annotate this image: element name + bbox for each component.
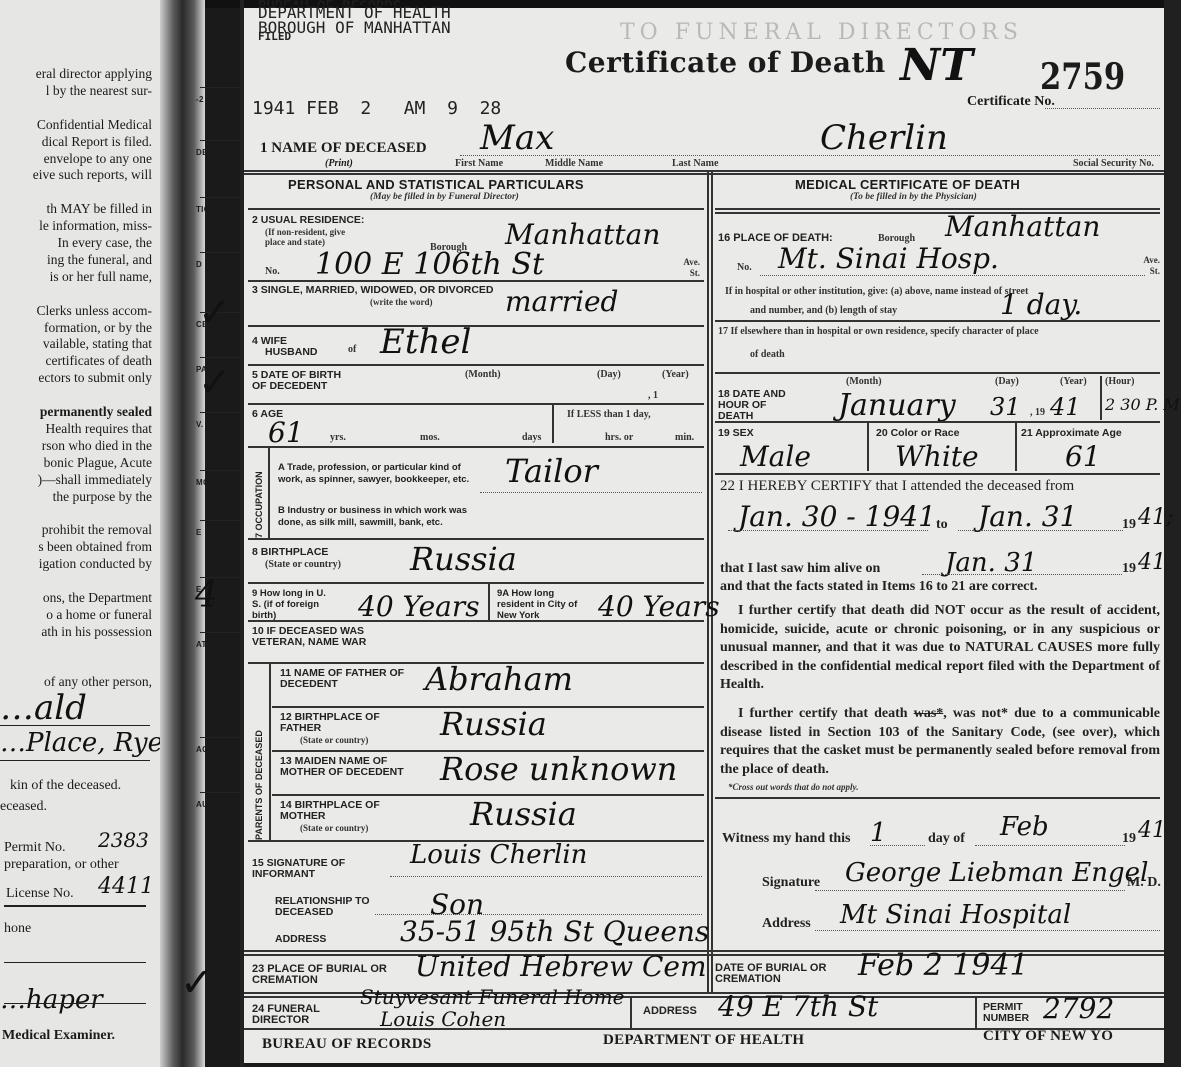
- burial-place-label: 23 PLACE OF BURIAL OR CREMATION: [252, 964, 402, 986]
- marital-label: 3 SINGLE, MARRIED, WIDOWED, OR DIVORCED: [252, 285, 502, 296]
- rule: [244, 170, 1164, 172]
- rule: [707, 954, 709, 992]
- left-page-line: In every case, the: [0, 235, 152, 252]
- left-page-line: eral director applying: [0, 66, 152, 83]
- scan-right-edge: [1164, 0, 1181, 1067]
- years-us-value: 40 Years: [358, 590, 480, 623]
- stub-rule: [200, 412, 240, 413]
- left-permit-value: 2383: [98, 828, 149, 852]
- left-page-line: th MAY be filled in: [0, 201, 152, 218]
- to-year-prefix: 19: [1122, 516, 1136, 535]
- witness-label: Witness my hand this: [722, 830, 851, 849]
- rule: [715, 320, 1160, 322]
- left-page-line: ons, the Department: [0, 590, 152, 607]
- elsewhere-label: 17 If elsewhere than in hospital or own …: [718, 326, 1039, 337]
- residence-label: 2 USUAL RESIDENCE:: [252, 215, 364, 226]
- left-page-line: l by the nearest sur-: [0, 83, 152, 100]
- dotted-line: [390, 876, 702, 877]
- occupation-a-value: Tailor: [505, 452, 598, 490]
- death-hour-header: (Hour): [1105, 376, 1134, 387]
- md-suffix: M. D.: [1127, 874, 1161, 893]
- left-page-line: formation, or by the: [0, 320, 152, 337]
- stub-label: AUTOP.: [196, 800, 227, 809]
- struck-was: was*: [914, 706, 944, 721]
- left-page: eral director applyingl by the nearest s…: [0, 0, 160, 1067]
- attended-to: Jan. 31: [978, 500, 1077, 533]
- left-page-line: eive such reports, will: [0, 167, 152, 184]
- rule: [630, 996, 632, 1028]
- left-page-line: ath in his possession: [0, 624, 152, 641]
- col-ssn: Social Security No.: [1073, 158, 1154, 169]
- medical-heading: MEDICAL CERTIFICATE OF DEATH: [795, 177, 1020, 192]
- para2-text-a: I further certify that death: [738, 706, 914, 721]
- permit-number-value: 2792: [1043, 992, 1114, 1025]
- marital-value: married: [505, 285, 618, 318]
- parents-side-label: PARENTS OF DECEASED: [254, 730, 265, 840]
- rule: [715, 372, 1160, 374]
- left-kin-text: kin of the deceased.: [10, 778, 121, 794]
- dotted-line: [922, 574, 1122, 575]
- checkmark-icon: ✓: [180, 960, 214, 1006]
- years-us-label: 9 How long in U. S. (if of foreign birth…: [252, 588, 337, 621]
- residence-address: 100 E 106th St: [315, 247, 544, 282]
- stub-rule: [200, 252, 240, 253]
- sex-label: 19 SEX: [718, 428, 754, 439]
- certificate-number: 2759: [1040, 56, 1125, 98]
- funeral-director-home: Stuyvesant Funeral Home: [360, 985, 625, 1009]
- spouse-of: of: [348, 344, 356, 355]
- rule: [1015, 421, 1017, 471]
- stub-label: DEATH: [196, 148, 224, 157]
- death-day-header: (Day): [995, 376, 1019, 387]
- left-underline: [4, 1003, 146, 1004]
- left-page-line: Health requires that: [0, 421, 152, 438]
- funeral-director-label: 24 FUNERAL DIRECTOR: [252, 1004, 362, 1026]
- birthplace-hint: (State or country): [265, 559, 341, 570]
- pod-borough-value: Manhattan: [945, 210, 1100, 243]
- physician-address-label: Address: [762, 915, 811, 934]
- physician-address: Mt Sinai Hospital: [840, 900, 1071, 930]
- dob-year-header: (Year): [662, 369, 689, 380]
- stub-rule: [200, 520, 240, 521]
- length-of-stay: 1 day.: [1000, 288, 1082, 321]
- stub-rule: [200, 357, 240, 358]
- years-nyc-value: 40 Years: [598, 590, 720, 623]
- left-license-label: License No.: [6, 886, 74, 902]
- col-middle-name: Middle Name: [545, 158, 603, 169]
- left-page-line: o a home or funeral: [0, 607, 152, 624]
- father-birth-value: Russia: [440, 705, 547, 743]
- burial-date-label: DATE OF BURIAL OR CREMATION: [715, 963, 855, 985]
- funeral-address-value: 49 E 7th St: [718, 990, 878, 1023]
- left-handwritten-name: …ald: [0, 688, 87, 728]
- death-year: 41: [1050, 393, 1081, 421]
- left-page-line: s been obtained from: [0, 539, 152, 556]
- dotted-line: [815, 890, 1125, 891]
- father-name-label: 11 NAME OF FATHER OF DECEDENT: [280, 668, 410, 690]
- stub-label: MOTHER: [196, 478, 232, 487]
- marital-hint: (write the word): [370, 297, 432, 307]
- rule: [248, 446, 704, 448]
- left-underline: [0, 760, 150, 761]
- left-underline: [4, 962, 146, 963]
- personal-heading: PERSONAL AND STATISTICAL PARTICULARS: [288, 177, 584, 192]
- occupation-side-label: 7 OCCUPATION: [254, 471, 265, 538]
- days-label: days: [522, 432, 541, 443]
- death-year-prefix: , 19: [1030, 407, 1045, 418]
- physician-signature: George Liebman Engel: [845, 858, 1148, 888]
- stub-label: ATION: [196, 640, 222, 649]
- pod-hint-1: If in hospital or other institution, giv…: [725, 286, 1028, 297]
- pod-ave-st: Ave. St.: [1140, 255, 1160, 277]
- approx-age-value: 61: [1065, 440, 1101, 473]
- race-value: White: [895, 440, 979, 473]
- dob-label: 5 DATE OF BIRTH OF DECEDENT: [252, 370, 342, 392]
- dotted-line: [760, 275, 1145, 276]
- mother-birth-label: 14 BIRTHPLACE OF MOTHER: [280, 800, 415, 822]
- informant-address-label: ADDRESS: [275, 934, 326, 945]
- to-label: to: [936, 516, 948, 535]
- rule: [248, 582, 704, 584]
- hrs-label: hrs. or: [605, 432, 633, 443]
- medical-subheading: (To be filled in by the Physician): [850, 192, 977, 202]
- left-underline: [0, 725, 150, 726]
- rule: [269, 662, 271, 840]
- death-month: January: [838, 388, 956, 423]
- natural-causes-paragraph: I further certify that death did NOT occ…: [720, 602, 1160, 695]
- certify-intro: 22 I HEREBY CERTIFY that I attended the …: [720, 477, 1165, 496]
- left-page-line: the purpose by the: [0, 489, 152, 506]
- dotted-line: [728, 530, 928, 531]
- last-saw-year: 41: [1138, 550, 1166, 575]
- dotted-line: [460, 155, 1160, 156]
- rule: [244, 173, 1164, 175]
- informant-sig-value: Louis Cherlin: [410, 840, 587, 870]
- funeral-address-label: ADDRESS: [643, 1006, 697, 1017]
- left-page-line: ing the funeral, and: [0, 252, 152, 269]
- footer-department: DEPARTMENT OF HEALTH: [603, 1032, 804, 1049]
- stub-rule: [200, 470, 240, 471]
- left-page-line: bonic Plague, Acute: [0, 455, 152, 472]
- permit-number-label: PERMIT NUMBER: [983, 1002, 1043, 1024]
- column-divider: [707, 172, 709, 992]
- personal-subheading: (May be filled in by Funeral Director): [370, 192, 519, 202]
- father-birth-label: 12 BIRTHPLACE OF FATHER: [280, 712, 410, 734]
- stub-rule: [200, 197, 240, 198]
- race-label: 20 Color or Race: [876, 428, 959, 439]
- residence-hint: (If non-resident, give place and state): [265, 227, 350, 247]
- stub-rule: [200, 632, 240, 633]
- spouse-value: Ethel: [380, 322, 471, 362]
- last-saw-label: that I last saw him alive on: [720, 560, 880, 579]
- stub-label: ACCID.: [196, 745, 225, 754]
- communicable-paragraph: I further certify that death was*, was n…: [720, 705, 1160, 779]
- last-saw-year-prefix: 19: [1122, 560, 1136, 579]
- approx-age-label: 21 Approximate Age: [1021, 428, 1122, 439]
- left-page-line: vailable, stating that: [0, 336, 152, 353]
- cross-out-footnote: *Cross out words that do not apply.: [728, 782, 858, 792]
- father-name-value: Abraham: [425, 660, 573, 698]
- pod-value: Mt. Sinai Hosp.: [778, 242, 999, 275]
- veteran-label: 10 IF DECEASED WAS VETERAN, NAME WAR: [252, 626, 372, 648]
- stamp-filed: FILED: [258, 30, 291, 43]
- birthplace-label: 8 BIRTHPLACE: [252, 547, 328, 558]
- mother-birth-hint: (State or country): [300, 823, 368, 833]
- certificate-number-label: Certificate No.: [967, 94, 1055, 110]
- left-page-line: permanently sealed: [0, 404, 152, 421]
- rule: [248, 208, 704, 210]
- informant-sig-label: 15 SIGNATURE OF INFORMANT: [252, 858, 392, 880]
- left-phone-label: hone: [4, 921, 31, 937]
- stub-rule: [200, 737, 240, 738]
- col-last-name: Last Name: [672, 158, 718, 169]
- stub-rule: [200, 792, 240, 793]
- witness-day-of: day of: [928, 830, 965, 849]
- left-license-value: 4411: [98, 874, 154, 899]
- left-page-line: dical Report is filed.: [0, 134, 152, 151]
- occupation-b-label: B Industry or business in which work was…: [278, 505, 478, 529]
- mother-birth-value: Russia: [470, 795, 577, 833]
- footer-bureau: BUREAU OF RECORDS: [262, 1036, 432, 1053]
- left-page-line: prohibit the removal: [0, 522, 152, 539]
- signature-label: Signature: [762, 874, 820, 893]
- left-examiner-label: Medical Examiner.: [2, 1028, 115, 1044]
- dotted-line: [1045, 108, 1160, 109]
- certificate-title: Certificate of Death: [565, 46, 886, 79]
- age-value: 61: [268, 416, 304, 449]
- stub-label: D RESID.: [196, 260, 233, 269]
- witness-year: 41: [1138, 818, 1166, 843]
- pod-hint-2: and number, and (b) length of stay: [750, 305, 897, 316]
- min-label: min.: [675, 432, 694, 443]
- witness-day: 1: [870, 818, 887, 848]
- years-nyc-label: 9A How long resident in City of New York: [497, 588, 592, 621]
- col-first-name: First Name: [455, 158, 503, 169]
- rule: [248, 280, 704, 282]
- rule: [248, 620, 704, 622]
- death-month-header: (Month): [846, 376, 882, 387]
- nt-annotation: NT: [900, 40, 973, 91]
- stub-label: E: [196, 528, 202, 537]
- witness-month: Feb: [1000, 812, 1049, 842]
- left-rule: [4, 905, 146, 907]
- dotted-line: [958, 530, 1123, 531]
- left-page-line: rson who died in the: [0, 438, 152, 455]
- stub-rule: [200, 140, 240, 141]
- column-divider: [711, 172, 713, 992]
- stamp-datetime: 1941 FEB 2 AM 9 28: [252, 98, 501, 119]
- first-name-value: Max: [480, 118, 554, 158]
- rule: [268, 446, 270, 538]
- left-signature-partial: …haper: [0, 985, 103, 1015]
- rule: [715, 797, 1160, 799]
- left-page-line: certificates of death: [0, 353, 152, 370]
- informant-address-value: 35-51 95th St Queens: [400, 915, 709, 948]
- footer-city: CITY OF NEW YO: [983, 1028, 1113, 1045]
- rule: [488, 582, 490, 620]
- rule: [715, 473, 1160, 475]
- dotted-line: [480, 492, 702, 493]
- rule: [975, 996, 977, 1028]
- left-page-line: igation conducted by: [0, 556, 152, 573]
- dotted-line: [975, 845, 1125, 846]
- dob-day-header: (Day): [597, 369, 621, 380]
- death-day: 31: [990, 393, 1021, 421]
- dob-month-header: (Month): [465, 369, 501, 380]
- mother-name-label: 13 MAIDEN NAME OF MOTHER OF DECEDENT: [280, 756, 415, 778]
- elsewhere-label-2: of death: [750, 349, 785, 360]
- death-date-label: 18 DATE AND HOUR OF DEATH: [718, 389, 798, 422]
- rule: [867, 421, 869, 471]
- rule: [552, 403, 554, 443]
- last-name-value: Cherlin: [820, 118, 948, 158]
- facts-statement: and that the facts stated in Items 16 to…: [720, 578, 1038, 597]
- print-hint: (Print): [325, 158, 353, 169]
- left-page-line: ectors to submit only: [0, 370, 152, 387]
- death-year-header: (Year): [1060, 376, 1087, 387]
- to-year: 41;: [1138, 505, 1173, 530]
- less-than-label: If LESS than 1 day,: [567, 409, 651, 420]
- stub-handwritten-mark: 4: [195, 575, 218, 616]
- death-hour: 2 30 P. M.: [1105, 395, 1181, 414]
- burial-place-value: United Hebrew Cem: [415, 950, 707, 983]
- left-page-line: )—shall immediately: [0, 472, 152, 489]
- rule: [248, 325, 704, 327]
- birthplace-value: Russia: [410, 540, 517, 578]
- sex-value: Male: [740, 440, 811, 473]
- rule: [248, 364, 704, 366]
- left-deceased-text: eceased.: [0, 799, 47, 815]
- checkmark-icon: ✓: [198, 290, 232, 336]
- stub-label: TION: [196, 205, 216, 214]
- left-page-line: envelope to any one: [0, 151, 152, 168]
- mos-label: mos.: [420, 432, 440, 443]
- burial-date-value: Feb 2 1941: [858, 948, 1029, 983]
- checkmark-icon: ✓: [198, 360, 232, 406]
- left-page-line: le information, miss-: [0, 218, 152, 235]
- left-page-line: Clerks unless accom-: [0, 303, 152, 320]
- stub-label: -2: [196, 95, 204, 104]
- attended-from: Jan. 30 - 1941: [738, 500, 936, 533]
- dob-year-prefix: , 1: [648, 390, 658, 401]
- rule: [248, 403, 704, 405]
- stub-rule: [200, 87, 240, 88]
- name-label: 1 NAME OF DECEASED: [260, 140, 427, 157]
- rule: [715, 421, 1160, 423]
- occupation-a-label: A Trade, profession, or particular kind …: [278, 462, 478, 486]
- stub-label: V. DEC.: [196, 420, 226, 429]
- no-label: No.: [265, 266, 280, 277]
- dotted-line: [870, 845, 925, 846]
- father-birth-hint: (State or country): [300, 735, 368, 745]
- rule: [1100, 376, 1102, 420]
- witness-year-prefix: 19: [1122, 830, 1136, 849]
- left-preparation-text: preparation, or other: [4, 857, 119, 873]
- left-permit-label: Permit No.: [4, 840, 65, 856]
- pod-no-label: No.: [737, 262, 752, 273]
- left-page-line: Confidential Medical: [0, 117, 152, 134]
- dotted-line: [815, 930, 1160, 931]
- left-page-line: is or her full name,: [0, 269, 152, 286]
- mother-name-value: Rose unknown: [440, 750, 677, 788]
- ave-st-label: Ave. St.: [680, 257, 700, 279]
- husband-label: HUSBAND: [265, 347, 318, 358]
- yrs-label: yrs.: [330, 432, 346, 443]
